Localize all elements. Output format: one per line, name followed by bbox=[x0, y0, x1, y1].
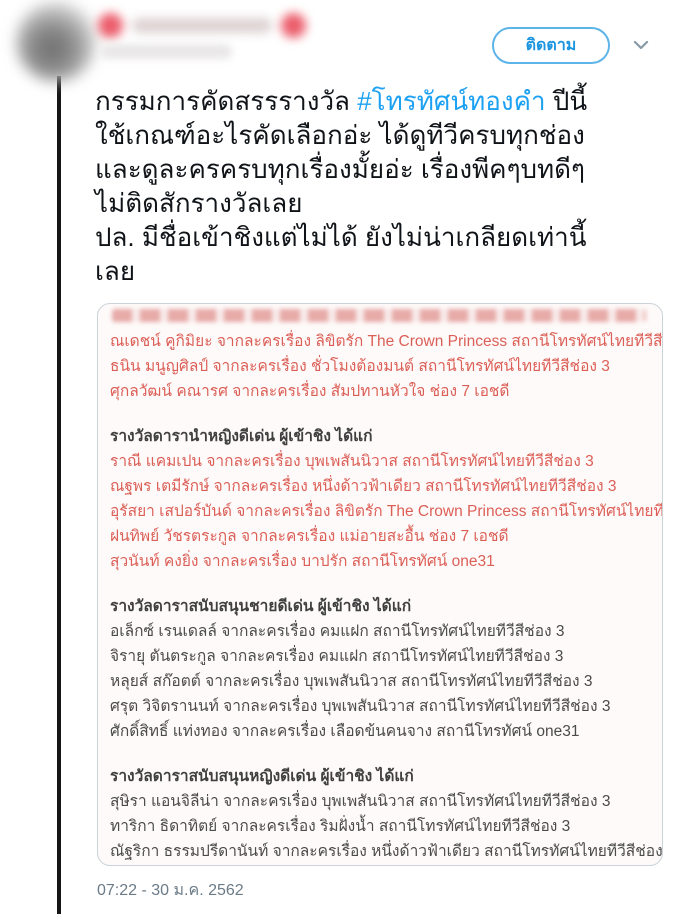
award-section-header: รางวัลดาราสนับสนุนชายดีเด่น ผู้เข้าชิง ไ… bbox=[110, 594, 650, 619]
nominee-line: จิรายุ ตันตระกูล จากละครเรื่อง คมแฝก สถา… bbox=[110, 644, 650, 669]
nominee-line: ทาริกา ธิดาทิตย์ จากละครเรื่อง ริมฝั่งน้… bbox=[110, 814, 650, 839]
nominee-line: สุวนันท์ คงยิ่ง จากละครเรื่อง บาปรัก สถา… bbox=[110, 549, 650, 574]
emoji-blob-left bbox=[98, 13, 123, 38]
display-name-redacted[interactable] bbox=[98, 12, 306, 38]
embedded-image[interactable]: ณเดชน์ คูกิมิยะ จากละครเรื่อง ลิขิตรัก T… bbox=[97, 303, 663, 866]
nominee-line: หลุยส์ สก๊อตต์ จากละครเรื่อง บุพเพสันนิว… bbox=[110, 669, 650, 694]
tweet-card: ติดตาม กรรมการคัดสรรรางวัล #โทรทัศน์ทองค… bbox=[0, 0, 679, 914]
tweet-text-after: ปีนี้ ใช้เกณฑ์อะไรคัดเลือกอ่ะ ได้ดูทีวีค… bbox=[95, 86, 587, 286]
nominee-line: ณเดชน์ คูกิมิยะ จากละครเรื่อง ลิขิตรัก T… bbox=[110, 329, 650, 354]
nominee-line: ธนิน มนูญศิลป์ จากละครเรื่อง ชั่วโมงต้อง… bbox=[110, 354, 650, 379]
nominee-line: ศรุต วิจิตรานนท์ จากละครเรื่อง บุพเพสันน… bbox=[110, 694, 650, 719]
timestamp[interactable]: 07:22 - 30 ม.ค. 2562 bbox=[97, 878, 244, 903]
nominee-line: ณฐพร เตมีรักษ์ จากละครเรื่อง หนึ่งด้าวฟ้… bbox=[110, 474, 650, 499]
hashtag-link[interactable]: #โทรทัศน์ทองคำ bbox=[357, 86, 545, 116]
nominee-line: ราณี แคมเปน จากละครเรื่อง บุพเพสันนิวาส … bbox=[110, 449, 650, 474]
follow-button[interactable]: ติดตาม bbox=[492, 27, 610, 64]
avatar[interactable] bbox=[16, 2, 96, 82]
nominee-line: ฝนทิพย์ วัชรตระกูล จากละครเรื่อง แม่อายส… bbox=[110, 524, 650, 549]
nominee-line: ศุกลวัฒน์ คณารศ จากละครเรื่อง สัมปทานหัว… bbox=[110, 379, 650, 404]
nominee-line: อเล็กซ์ เรนเดลล์ จากละครเรื่อง คมแฝก สถา… bbox=[110, 619, 650, 644]
tweet-text: กรรมการคัดสรรรางวัล #โทรทัศน์ทองคำ ปีนี้… bbox=[95, 84, 673, 288]
chevron-down-icon[interactable] bbox=[630, 34, 652, 56]
nominee-line: สุษิรา แอนจิลีน่า จากละครเรื่อง บุพเพสัน… bbox=[110, 789, 650, 814]
nominee-line: ศักดิ์สิทธิ์ แท่งทอง จากละครเรื่อง เลือด… bbox=[110, 719, 650, 744]
name-blur-bar bbox=[132, 18, 272, 33]
thread-connector-line bbox=[57, 76, 61, 914]
tweet-text-before: กรรมการคัดสรรรางวัล bbox=[95, 86, 357, 116]
emoji-blob-right bbox=[281, 13, 306, 38]
nominee-line: อุรัสยา เสปอร์บันด์ จากละครเรื่อง ลิขิตร… bbox=[110, 499, 650, 524]
nominee-line: ณัฐริกา ธรรมปรีดานันท์ จากละครเรื่อง หนึ… bbox=[110, 839, 650, 864]
blurred-text-row bbox=[112, 309, 646, 322]
award-section-header: รางวัลดาราสนับสนุนหญิงดีเด่น ผู้เข้าชิง … bbox=[110, 764, 650, 789]
username-handle-redacted[interactable] bbox=[100, 44, 232, 59]
award-section-header: รางวัลดารานำหญิงดีเด่น ผู้เข้าชิง ได้แก่ bbox=[110, 424, 650, 449]
